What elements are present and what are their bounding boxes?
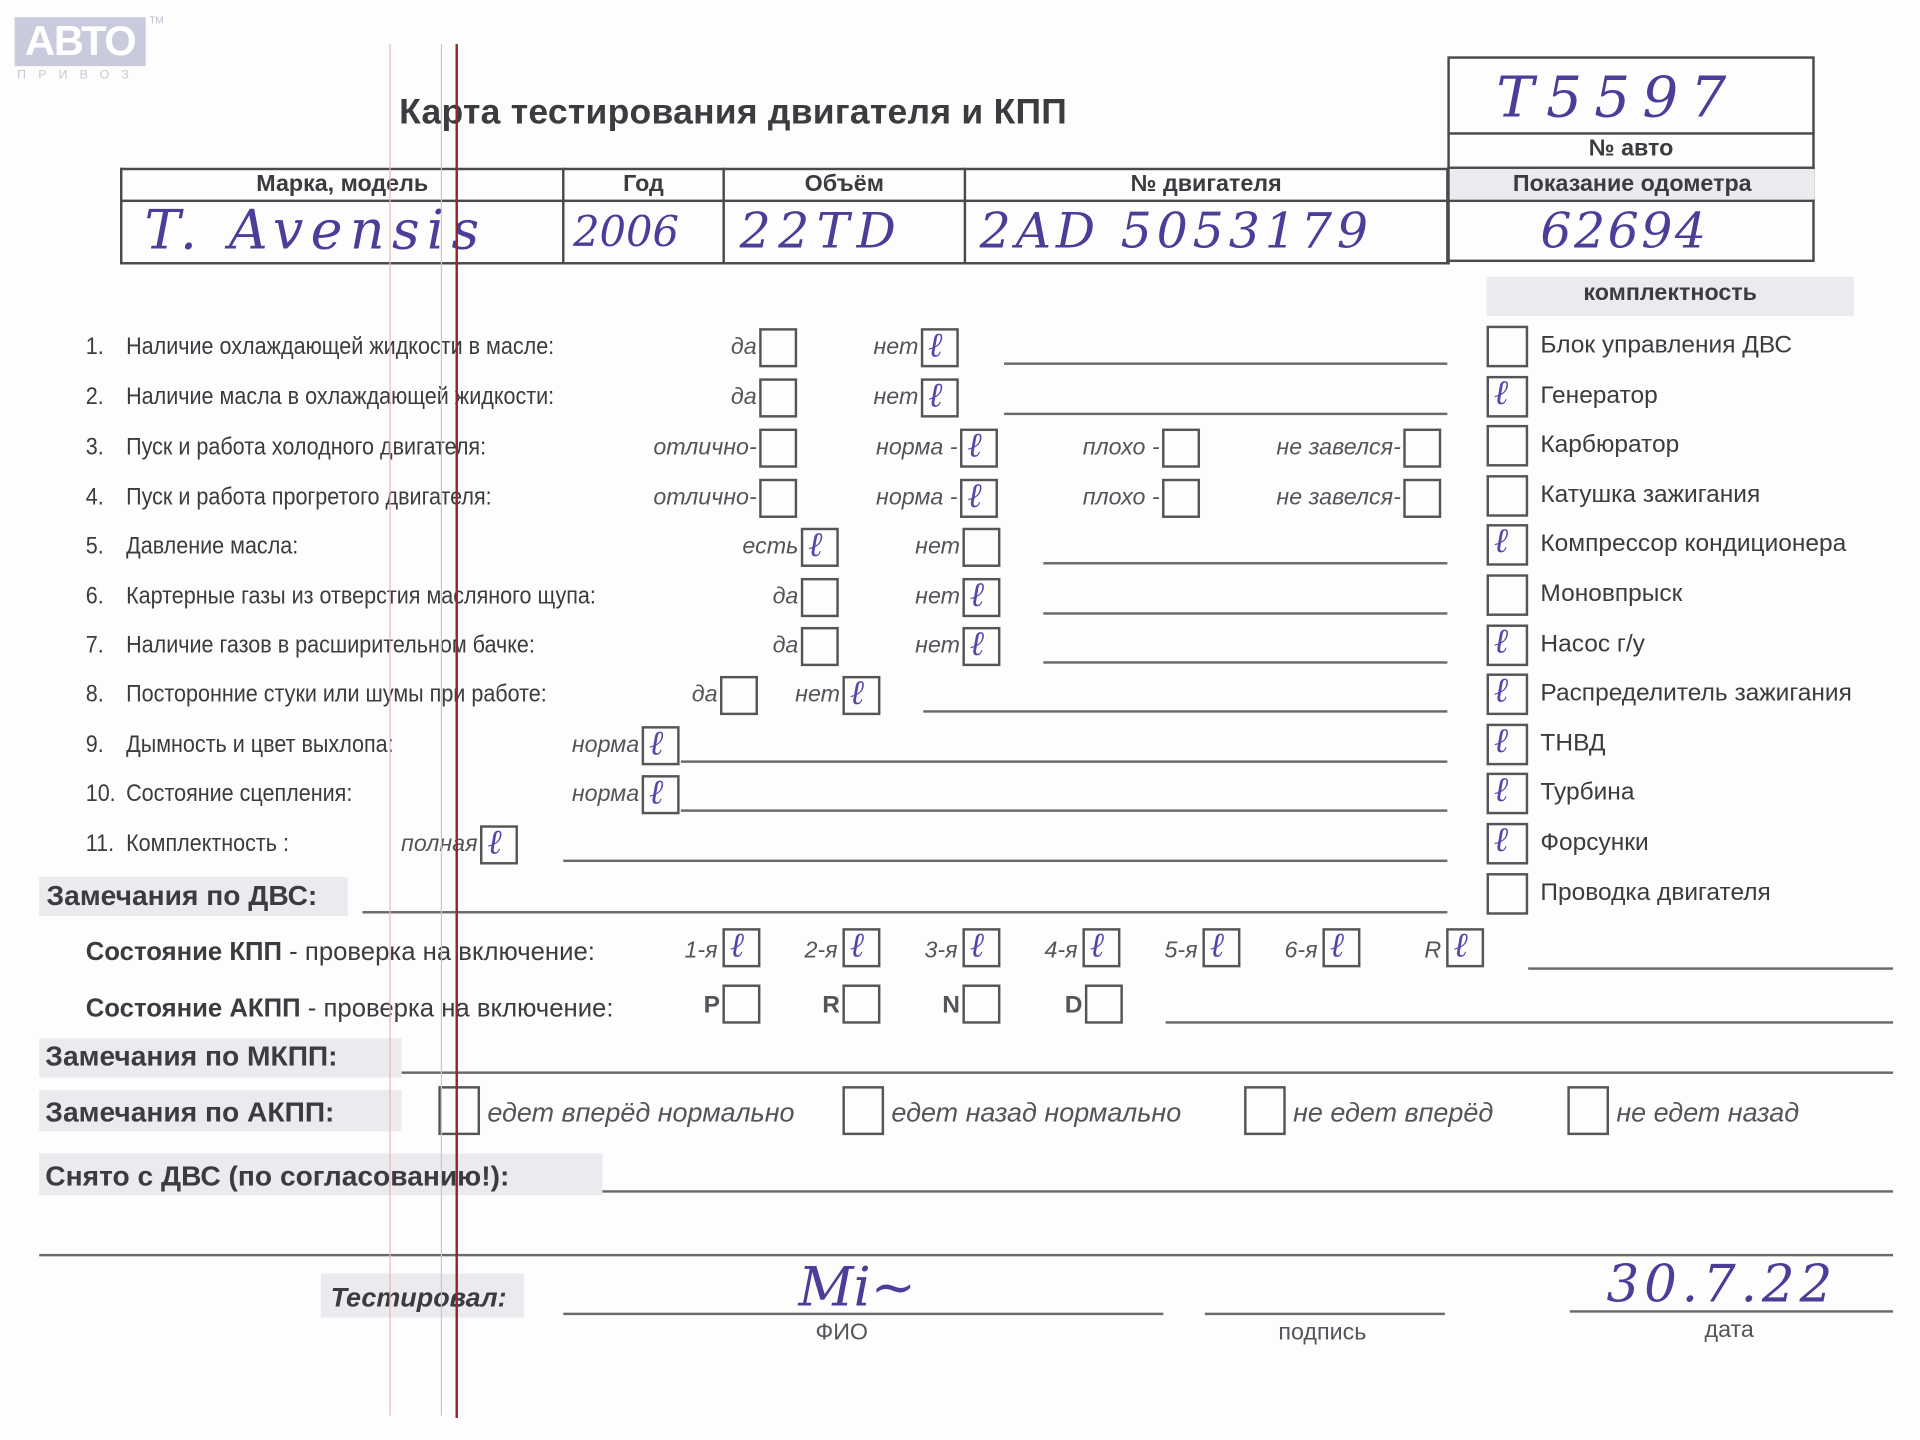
question-label: Пуск и работа холодного двигателя: bbox=[126, 433, 486, 461]
kit-item-label: Катушка зажигания bbox=[1540, 481, 1760, 509]
note-field[interactable] bbox=[923, 710, 1447, 712]
option-label: норма bbox=[572, 781, 639, 808]
check-mark-icon: ℓ bbox=[1494, 520, 1508, 564]
kit-item-label: Карбюратор bbox=[1540, 431, 1679, 459]
question-label: Состояние сцепления: bbox=[126, 780, 352, 808]
name-field[interactable] bbox=[563, 1313, 1163, 1315]
gear-label: N bbox=[942, 992, 960, 1020]
gear-checkbox[interactable]: ℓ bbox=[962, 928, 1000, 967]
option-label: нет bbox=[874, 334, 919, 361]
check-mark-icon: ℓ bbox=[967, 424, 981, 468]
akpp-remark-checkbox[interactable] bbox=[438, 1086, 480, 1135]
question-number: 1. bbox=[86, 333, 104, 361]
option-label: нет bbox=[915, 584, 960, 611]
question-number: 2. bbox=[86, 383, 104, 411]
date-field[interactable] bbox=[1570, 1310, 1893, 1312]
akpp-remarks-field[interactable] bbox=[1166, 1021, 1893, 1023]
question-label: Картерные газы из отверстия масляного щу… bbox=[126, 583, 596, 611]
gear-checkbox[interactable]: ℓ bbox=[842, 928, 880, 967]
option-checkbox[interactable]: ℓ bbox=[962, 627, 1000, 666]
option-label: да bbox=[731, 334, 757, 361]
gear-label: R bbox=[822, 992, 840, 1020]
gear-checkbox[interactable]: ℓ bbox=[1082, 928, 1120, 967]
odometer-value[interactable]: 62694 bbox=[1540, 203, 1708, 259]
logo-tm: TM bbox=[149, 15, 163, 26]
option-checkbox[interactable]: ℓ bbox=[921, 328, 959, 367]
car-number-label: № авто bbox=[1447, 136, 1814, 163]
question-number: 9. bbox=[86, 731, 104, 759]
check-mark-icon: ℓ bbox=[487, 820, 501, 864]
option-label: плохо - bbox=[1083, 435, 1160, 462]
akpp-remark-label: не едет вперёд bbox=[1293, 1097, 1493, 1129]
logo: АВТО bbox=[15, 17, 146, 66]
option-label: нет bbox=[915, 534, 960, 561]
gear-checkbox[interactable] bbox=[842, 984, 880, 1023]
option-checkbox[interactable]: ℓ bbox=[960, 429, 998, 468]
option-checkbox[interactable]: ℓ bbox=[960, 479, 998, 518]
question-number: 11. bbox=[86, 830, 114, 858]
volume-value[interactable]: 22TD bbox=[740, 203, 904, 259]
kit-checkbox[interactable]: ℓ bbox=[1487, 624, 1529, 666]
kit-checkbox[interactable]: ℓ bbox=[1487, 674, 1529, 716]
check-mark-icon: ℓ bbox=[928, 323, 942, 367]
gear-label: D bbox=[1065, 992, 1083, 1020]
car-number-value[interactable]: T5597 bbox=[1496, 64, 1738, 130]
check-mark-icon: ℓ bbox=[967, 474, 981, 518]
kit-item-label: Моновпрыск bbox=[1540, 580, 1682, 608]
note-field[interactable] bbox=[1043, 562, 1447, 564]
option-label: отлично- bbox=[653, 435, 756, 462]
akpp-remark-label: едет назад нормально bbox=[891, 1097, 1181, 1129]
option-label: да bbox=[773, 584, 799, 611]
note-field[interactable] bbox=[1043, 661, 1447, 663]
option-checkbox[interactable]: ℓ bbox=[642, 775, 680, 814]
gear-checkbox[interactable]: ℓ bbox=[1202, 928, 1240, 967]
kpp-label: Состояние КПП - проверка на включение: bbox=[86, 938, 595, 967]
question-label: Дымность и цвет выхлопа: bbox=[126, 731, 394, 759]
signature-field[interactable] bbox=[1205, 1313, 1445, 1315]
note-field[interactable] bbox=[563, 860, 1447, 862]
akpp-remark-label: едет вперёд нормально bbox=[487, 1097, 794, 1129]
kit-checkbox[interactable] bbox=[1487, 425, 1529, 467]
logo-subtitle: ПРИВОЗ bbox=[17, 69, 141, 82]
gear-label: 3-я bbox=[924, 938, 957, 965]
akpp-remark-checkbox[interactable] bbox=[1244, 1086, 1286, 1135]
option-label: нет bbox=[795, 682, 840, 709]
col-year: Год bbox=[564, 171, 722, 198]
gear-label: 5-я bbox=[1164, 938, 1197, 965]
option-label: отлично- bbox=[653, 485, 756, 512]
kit-item-label: Блок управления ДВС bbox=[1540, 332, 1792, 360]
option-checkbox[interactable] bbox=[1162, 479, 1200, 518]
option-label: есть bbox=[742, 534, 798, 561]
check-mark-icon: ℓ bbox=[1494, 619, 1508, 663]
note-field[interactable] bbox=[1004, 362, 1447, 364]
col-make-model: Марка, модель bbox=[122, 171, 562, 198]
akpp-remark-label: не едет назад bbox=[1616, 1097, 1799, 1129]
year-value[interactable]: 2006 bbox=[573, 208, 679, 257]
kit-checkbox[interactable]: ℓ bbox=[1487, 773, 1529, 815]
option-checkbox[interactable] bbox=[801, 627, 839, 666]
option-checkbox[interactable]: ℓ bbox=[962, 578, 1000, 617]
kit-item-label: Турбина bbox=[1540, 779, 1634, 807]
option-label: не завелся- bbox=[1276, 435, 1400, 462]
check-mark-icon: ℓ bbox=[1494, 818, 1508, 862]
option-label: норма bbox=[572, 732, 639, 759]
option-label: нет bbox=[915, 633, 960, 660]
option-label: норма - bbox=[876, 485, 958, 512]
remarks-dvs-label: Замечания по ДВС: bbox=[47, 879, 318, 912]
caption-date: дата bbox=[1705, 1318, 1754, 1345]
note-field[interactable] bbox=[681, 760, 1448, 762]
check-mark-icon: ℓ bbox=[1330, 923, 1344, 967]
check-mark-icon: ℓ bbox=[970, 622, 984, 666]
question-number: 7. bbox=[86, 632, 104, 660]
option-label: да bbox=[773, 633, 799, 660]
caption-signature: подпись bbox=[1278, 1320, 1366, 1347]
engine-number-value[interactable]: 2AD 5053179 bbox=[980, 203, 1373, 259]
option-checkbox[interactable]: ℓ bbox=[842, 676, 880, 715]
col-engine-number: № двигателя bbox=[966, 171, 1446, 198]
note-field[interactable] bbox=[1004, 413, 1447, 415]
check-mark-icon: ℓ bbox=[730, 923, 744, 967]
gear-label: 2-я bbox=[804, 938, 837, 965]
option-label: да bbox=[731, 384, 757, 411]
option-label: да bbox=[692, 682, 718, 709]
scan-artifact-line bbox=[389, 44, 390, 1415]
question-number: 3. bbox=[86, 433, 104, 461]
remarks-mkpp-field[interactable] bbox=[402, 1071, 1893, 1073]
gear-label: P bbox=[704, 992, 720, 1020]
check-mark-icon: ℓ bbox=[970, 573, 984, 617]
kit-item-label: Проводка двигателя bbox=[1540, 879, 1770, 907]
check-mark-icon: ℓ bbox=[808, 523, 822, 567]
make-model-value[interactable]: T. Avensis bbox=[144, 200, 486, 262]
date-value[interactable]: 30.7.22 bbox=[1607, 1254, 1838, 1314]
check-mark-icon: ℓ bbox=[928, 373, 942, 417]
kit-title: комплектность bbox=[1487, 280, 1854, 307]
question-label: Наличие охлаждающей жидкости в масле: bbox=[126, 333, 554, 361]
question-number: 10. bbox=[86, 780, 116, 808]
gear-checkbox[interactable] bbox=[962, 984, 1000, 1023]
question-number: 8. bbox=[86, 681, 104, 709]
question-number: 4. bbox=[86, 484, 104, 512]
tester-name-value[interactable]: Mi~ bbox=[798, 1256, 916, 1318]
check-mark-icon: ℓ bbox=[1494, 669, 1508, 713]
check-mark-icon: ℓ bbox=[850, 923, 864, 967]
option-checkbox[interactable] bbox=[759, 328, 797, 367]
option-checkbox[interactable] bbox=[759, 429, 797, 468]
kit-checkbox[interactable]: ℓ bbox=[1487, 823, 1529, 865]
akpp-label: Состояние АКПП - проверка на включение: bbox=[86, 994, 614, 1023]
remarks-mkpp-label: Замечания по МКПП: bbox=[45, 1040, 337, 1073]
question-label: Пуск и работа прогретого двигателя: bbox=[126, 484, 492, 512]
check-mark-icon: ℓ bbox=[649, 770, 663, 814]
gear-checkbox[interactable]: ℓ bbox=[722, 928, 760, 967]
engine-test-card: АВТО TM ПРИВОЗ Карта тестирования двигат… bbox=[0, 0, 1920, 1440]
kit-item-label: ТНВД bbox=[1540, 730, 1605, 758]
check-mark-icon: ℓ bbox=[970, 923, 984, 967]
akpp-remark-checkbox[interactable] bbox=[842, 1086, 884, 1135]
question-label: Наличие газов в расширительном бачке: bbox=[126, 632, 535, 660]
kit-checkbox[interactable]: ℓ bbox=[1487, 525, 1529, 567]
page-title: Карта тестирования двигателя и КПП bbox=[399, 93, 1067, 133]
check-mark-icon: ℓ bbox=[850, 671, 864, 715]
remarks-akpp-label: Замечания по АКПП: bbox=[45, 1096, 334, 1129]
question-label: Наличие масла в охлаждающей жидкости: bbox=[126, 383, 554, 411]
option-checkbox[interactable] bbox=[801, 578, 839, 617]
check-mark-icon: ℓ bbox=[1453, 923, 1467, 967]
kit-item-label: Насос г/у bbox=[1540, 630, 1644, 658]
kpp-remarks-field[interactable] bbox=[1528, 967, 1893, 969]
question-label: Давление масла: bbox=[126, 533, 298, 561]
option-checkbox[interactable]: ℓ bbox=[642, 726, 680, 765]
option-checkbox[interactable] bbox=[720, 676, 758, 715]
gear-label: 6-я bbox=[1284, 938, 1317, 965]
option-checkbox[interactable]: ℓ bbox=[480, 825, 518, 864]
option-checkbox[interactable]: ℓ bbox=[801, 528, 839, 567]
option-checkbox[interactable] bbox=[962, 528, 1000, 567]
check-mark-icon: ℓ bbox=[1494, 371, 1508, 415]
gear-label: 1-я bbox=[684, 938, 717, 965]
caption-name: ФИО bbox=[816, 1320, 869, 1347]
question-label: Посторонние стуки или шумы при работе: bbox=[126, 681, 547, 709]
removed-field[interactable] bbox=[602, 1190, 1893, 1192]
question-number: 6. bbox=[86, 583, 104, 611]
scan-artifact-line bbox=[441, 44, 442, 1415]
tested-by-label: Тестировал: bbox=[331, 1282, 507, 1314]
question-number: 5. bbox=[86, 533, 104, 561]
kit-checkbox[interactable] bbox=[1487, 873, 1529, 915]
note-field[interactable] bbox=[681, 809, 1448, 811]
kit-checkbox[interactable]: ℓ bbox=[1487, 375, 1529, 417]
gear-checkbox[interactable]: ℓ bbox=[1446, 928, 1484, 967]
option-label: полная bbox=[401, 831, 478, 858]
option-checkbox[interactable] bbox=[1162, 429, 1200, 468]
kit-checkbox[interactable]: ℓ bbox=[1487, 723, 1529, 765]
question-label: Комплектность : bbox=[126, 830, 289, 858]
kit-checkbox[interactable] bbox=[1487, 475, 1529, 517]
option-checkbox[interactable] bbox=[1403, 429, 1441, 468]
check-mark-icon: ℓ bbox=[1090, 923, 1104, 967]
option-label: не завелся- bbox=[1276, 485, 1400, 512]
gear-label: R bbox=[1424, 938, 1441, 965]
kit-checkbox[interactable] bbox=[1487, 574, 1529, 616]
option-checkbox[interactable] bbox=[759, 378, 797, 417]
removed-label: Снято с ДВС (по согласованию!): bbox=[45, 1160, 509, 1193]
check-mark-icon: ℓ bbox=[1210, 923, 1224, 967]
option-label: норма - bbox=[876, 435, 958, 462]
kit-item-label: Распределитель зажигания bbox=[1540, 680, 1851, 708]
option-checkbox[interactable] bbox=[1403, 479, 1441, 518]
check-mark-icon: ℓ bbox=[649, 721, 663, 765]
gear-label: 4-я bbox=[1044, 938, 1077, 965]
check-mark-icon: ℓ bbox=[1494, 768, 1508, 812]
check-mark-icon: ℓ bbox=[1494, 719, 1508, 763]
option-checkbox[interactable] bbox=[759, 479, 797, 518]
option-label: нет bbox=[874, 384, 919, 411]
gear-checkbox[interactable]: ℓ bbox=[1322, 928, 1360, 967]
gear-checkbox[interactable] bbox=[1085, 984, 1123, 1023]
col-odometer: Показание одометра bbox=[1450, 171, 1815, 198]
scan-artifact-line bbox=[456, 44, 458, 1418]
akpp-remark-checkbox[interactable] bbox=[1567, 1086, 1609, 1135]
remarks-dvs-field[interactable] bbox=[362, 911, 1447, 913]
option-checkbox[interactable]: ℓ bbox=[921, 378, 959, 417]
kit-item-label: Генератор bbox=[1540, 382, 1657, 410]
kit-item-label: Форсунки bbox=[1540, 829, 1648, 857]
col-volume: Объём bbox=[725, 171, 964, 198]
kit-item-label: Компрессор кондиционера bbox=[1540, 531, 1846, 559]
option-label: плохо - bbox=[1083, 485, 1160, 512]
kit-checkbox[interactable] bbox=[1487, 326, 1529, 368]
note-field[interactable] bbox=[1043, 612, 1447, 614]
gear-checkbox[interactable] bbox=[722, 984, 760, 1023]
